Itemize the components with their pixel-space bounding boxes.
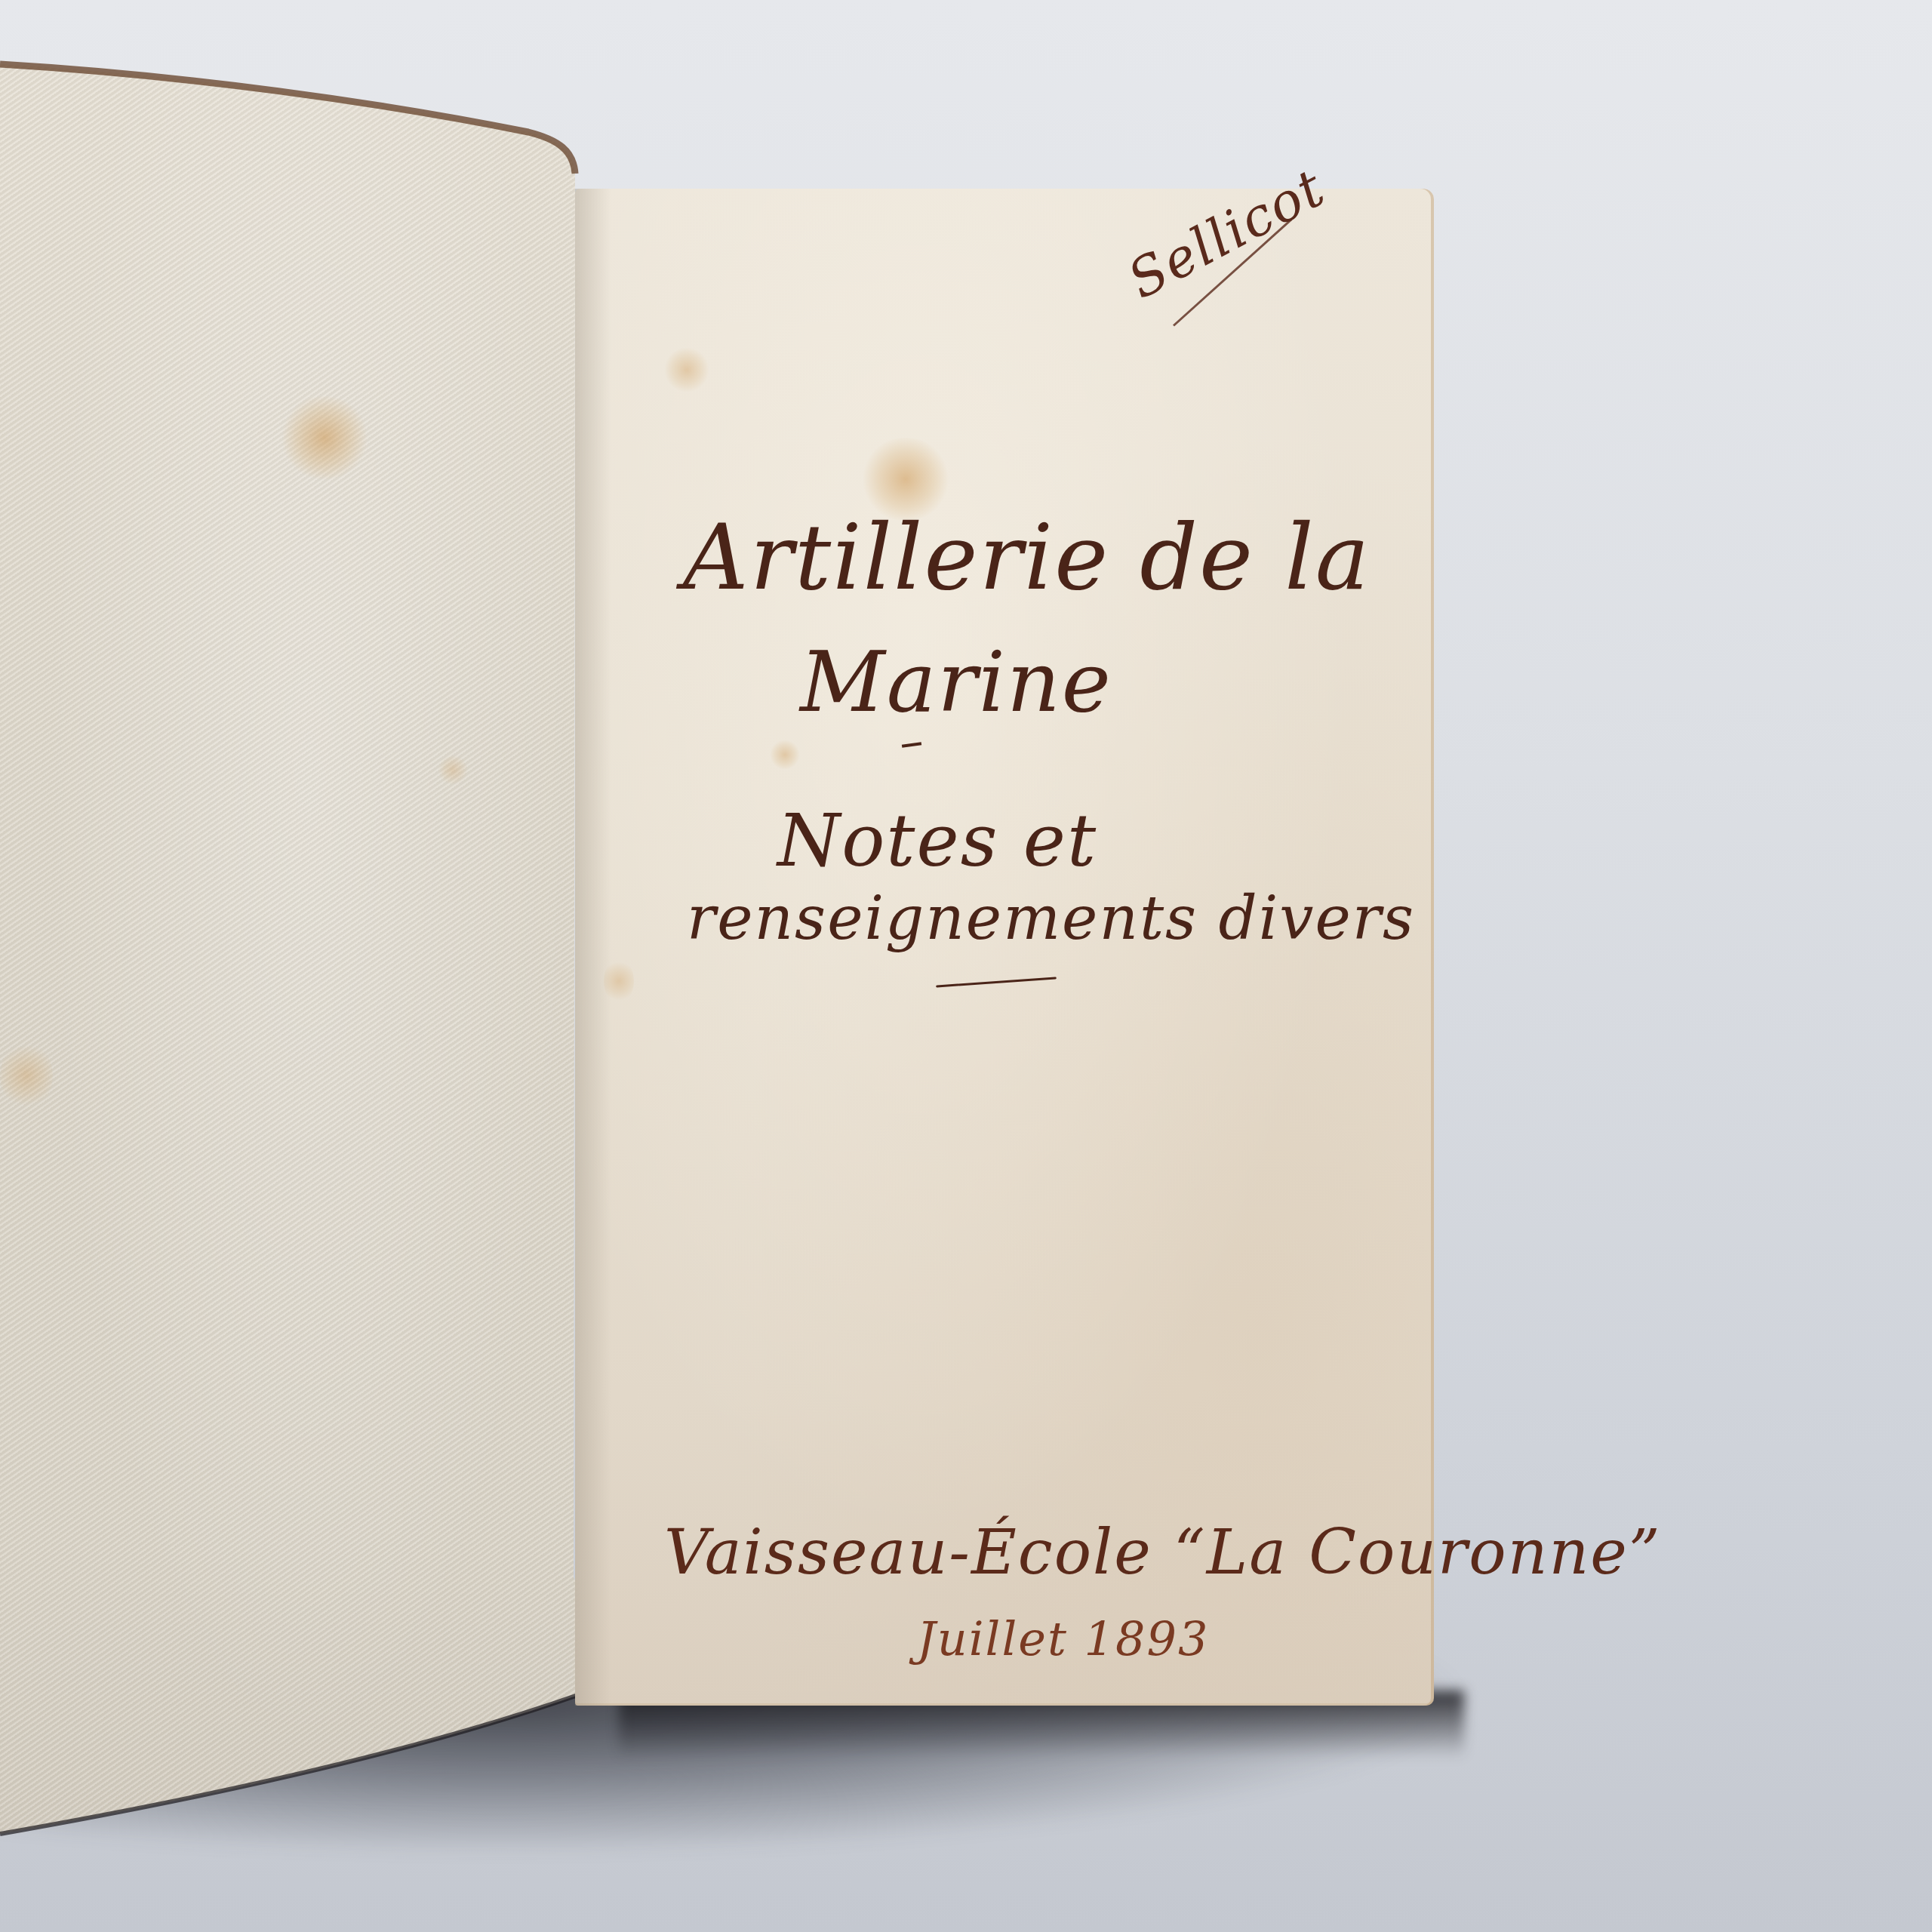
foxing-stain [664,347,709,392]
date-inscription: Juillet 1893 [917,1611,1209,1666]
title-line-2: Marine [800,634,1112,731]
foxing-stain [438,755,468,785]
title-line-1: Artillerie de la [683,506,1371,611]
subtitle-line-1: Notes et [777,800,1097,883]
foxing-stain [0,1041,53,1109]
ship-name: Vaisseau-École “La Couronne” [664,1517,1662,1589]
photo-scene: Sellicot Artillerie de la Marine Notes e… [0,0,1932,1932]
left-endpaper [0,0,619,1932]
foxing-stain [604,958,634,1004]
book-gutter [575,189,611,1706]
foxing-stain [279,396,370,479]
foxing-stain [770,740,800,770]
subtitle-line-2: renseignements divers [687,883,1415,953]
